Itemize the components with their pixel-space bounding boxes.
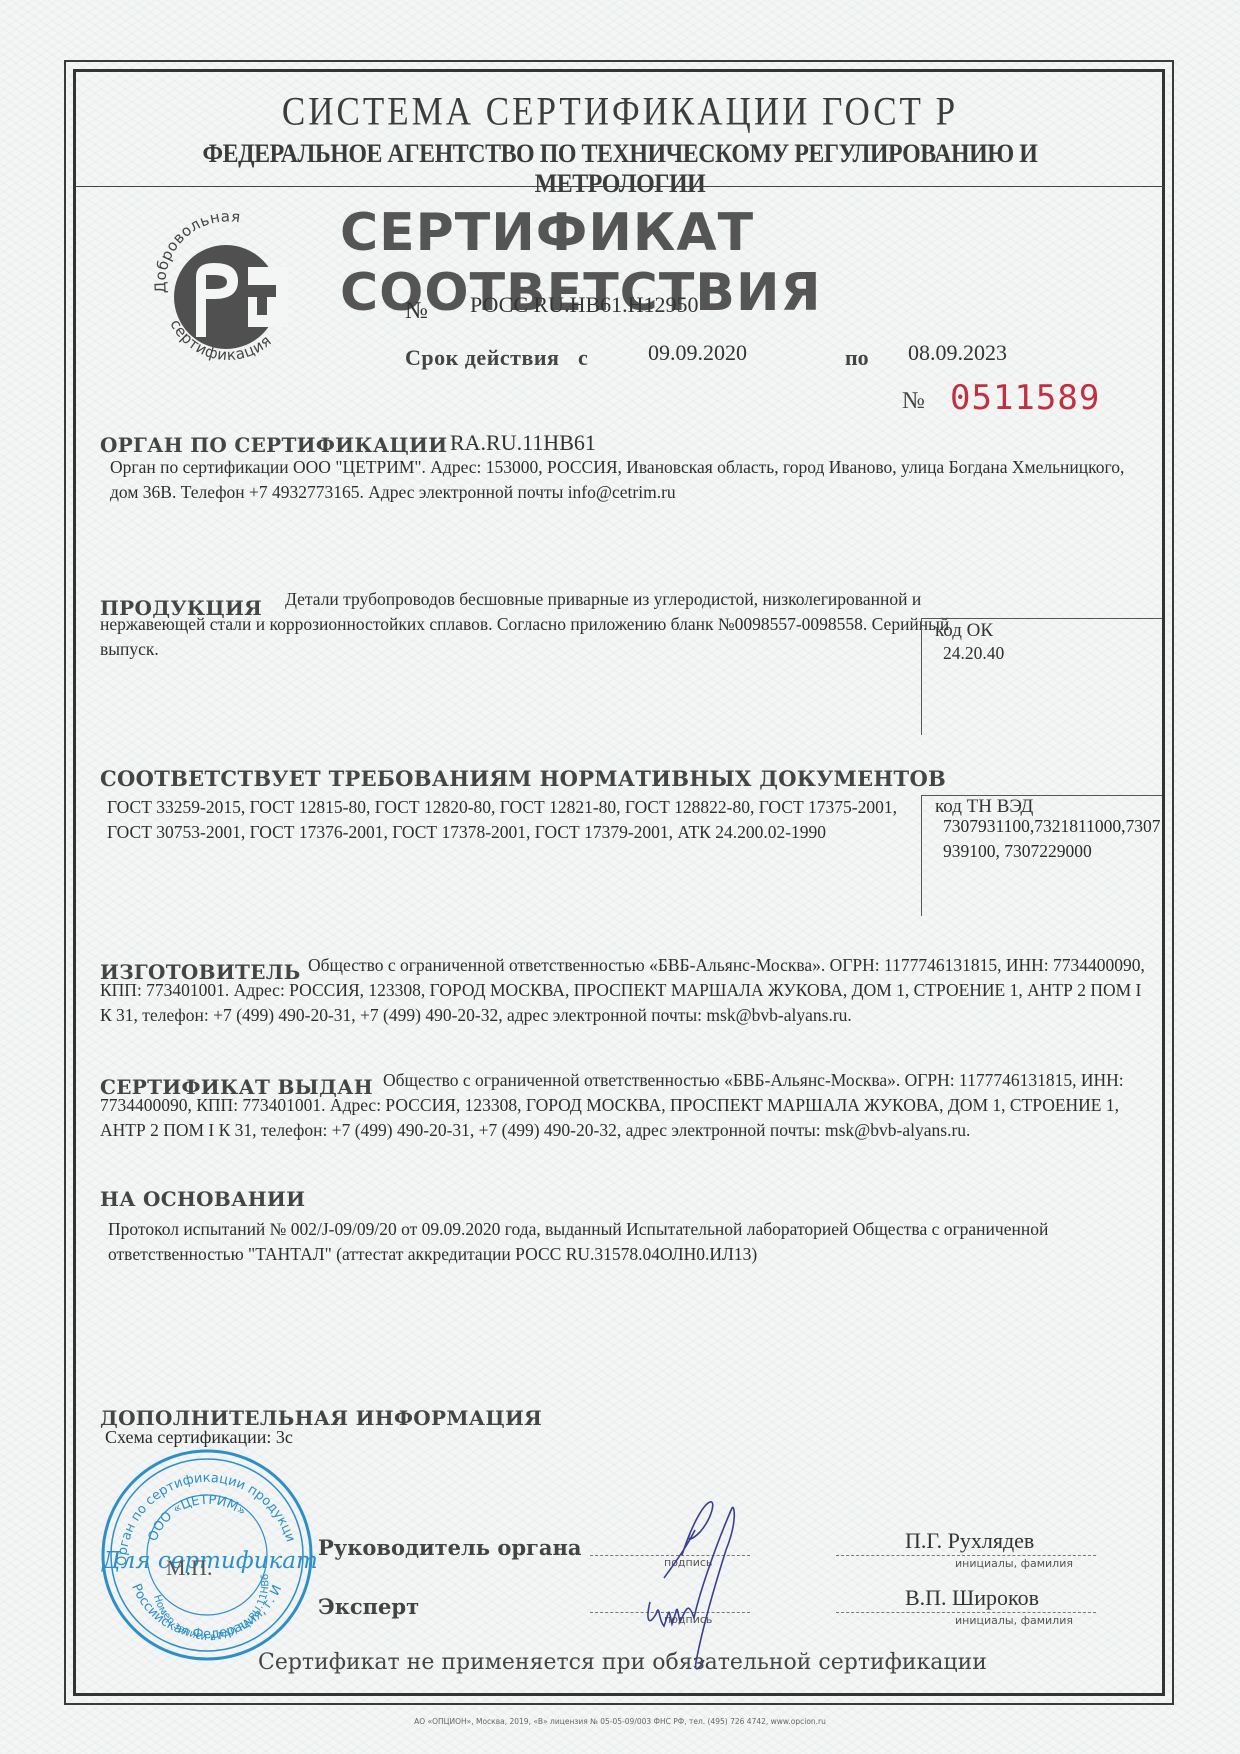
- validity-from-date: 09.09.2020: [648, 340, 747, 366]
- disclaimer: Сертификат не применяется при обязательн…: [258, 1650, 987, 1675]
- validity-to-date: 08.09.2023: [908, 340, 1007, 366]
- normative-heading: СООТВЕТСТВУЕТ ТРЕБОВАНИЯМ НОРМАТИВНЫХ ДО…: [100, 766, 946, 791]
- expert-name: В.П. Широков: [905, 1585, 1039, 1611]
- expert-role-label: Эксперт: [318, 1594, 419, 1619]
- basis-text: Протокол испытаний № 002/J-09/09/20 от 0…: [108, 1217, 1158, 1267]
- expert-name-caption: инициалы, фамилия: [955, 1614, 1073, 1627]
- gost-r-logo-icon: Добровольная сертификация: [148, 205, 308, 365]
- head-name-caption: инициалы, фамилия: [955, 1557, 1073, 1570]
- product-heading: ПРОДУКЦИЯ: [100, 596, 262, 620]
- system-title: СИСТЕМА СЕРТИФИКАЦИИ ГОСТ Р: [0, 89, 1240, 135]
- validity-from-label: с: [578, 345, 588, 371]
- number-label: №: [405, 298, 428, 325]
- blank-number: 0511589: [950, 378, 1100, 418]
- printer-imprint: АО «ОПЦИОН», Москва, 2019, «В» лицензия …: [0, 1717, 1240, 1726]
- head-role-label: Руководитель органа: [318, 1535, 581, 1560]
- manufacturer-heading: ИЗГОТОВИТЕЛЬ: [100, 960, 301, 984]
- ok-code-label: код ОК: [935, 620, 993, 642]
- expert-name-line: [836, 1612, 1096, 1613]
- basis-heading: НА ОСНОВАНИИ: [100, 1187, 305, 1211]
- normative-text: ГОСТ 33259-2015, ГОСТ 12815-80, ГОСТ 128…: [107, 795, 927, 845]
- blank-number-label: №: [902, 388, 925, 415]
- certification-body-text: Орган по сертификации ООО "ЦЕТРИМ". Адре…: [110, 455, 1150, 505]
- head-name: П.Г. Рухлядев: [905, 1528, 1034, 1554]
- header-divider: [76, 186, 1164, 187]
- head-name-line: [836, 1555, 1096, 1556]
- additional-text: Схема сертификации: 3с: [105, 1427, 293, 1448]
- certificate-number: РОСС RU.НВ61.Н12950: [470, 292, 699, 318]
- seal-place-label: М.П.: [166, 1555, 212, 1581]
- ok-code-value: 24.20.40: [943, 643, 1004, 664]
- agency-title: ФЕДЕРАЛЬНОЕ АГЕНТСТВО ПО ТЕХНИЧЕСКОМУ РЕ…: [123, 139, 1117, 199]
- tn-ved-values: 7307931100,7321811000,7307939100, 730722…: [943, 814, 1163, 864]
- validity-to-label: по: [845, 345, 869, 371]
- validity-label: Срок действия: [405, 345, 559, 371]
- issued-to-heading: СЕРТИФИКАТ ВЫДАН: [100, 1075, 373, 1099]
- certification-body-heading: ОРГАН ПО СЕРТИФИКАЦИИ: [100, 433, 447, 457]
- certification-body-code: RA.RU.11НВ61: [450, 430, 596, 456]
